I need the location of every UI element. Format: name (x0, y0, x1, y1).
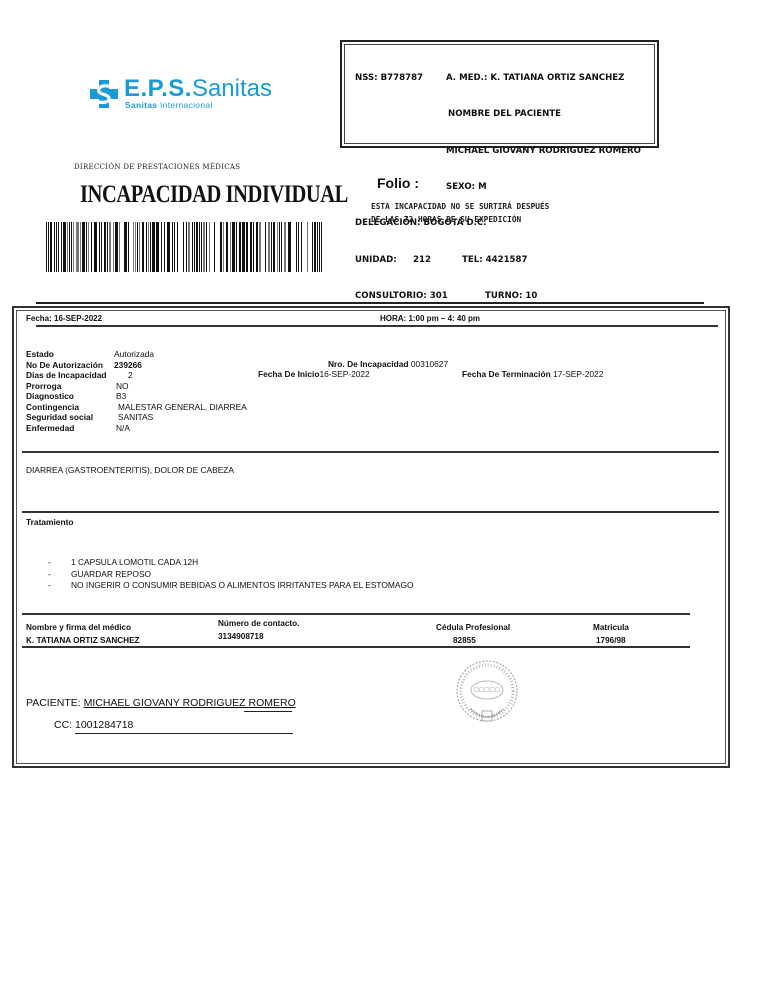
doctor-name: K. TATIANA ORTIZ SANCHEZ (26, 636, 140, 645)
visit-time: HORA: 1:00 pm – 4: 40 pm (380, 314, 480, 323)
matricula-label: Matricula (593, 623, 629, 632)
document-title: INCAPACIDAD INDIVIDUAL (80, 181, 348, 209)
diagnosis-text: DIARREA (GASTROENTERITIS), DOLOR DE CABE… (26, 465, 234, 475)
treatment-label: Tratamiento (26, 517, 73, 527)
unidad-value: 212 (413, 254, 431, 266)
matricula-value: 1796/98 (596, 636, 626, 645)
cedula-label: Cédula Profesional (436, 623, 510, 632)
patient-cc: CC: 1001284718 (54, 719, 133, 731)
turno: TURNO: 10 (485, 290, 537, 302)
direccion-heading: DIRECCIÓN DE PRESTACIONES MÉDICAS (74, 163, 240, 171)
sanitas-cross-icon (90, 80, 118, 108)
contact-label: Número de contacto. (218, 619, 299, 628)
medico: A. MED.: K. TATIANA ORTIZ SANCHEZ (446, 72, 624, 84)
logo-subtitle: Sanitas Internacional (125, 100, 213, 110)
patient-label: NOMBRE DEL PACIENTE (448, 108, 561, 120)
divider (22, 511, 719, 513)
patient-info-box: NSS: B778787A. MED.: K. TATIANA ORTIZ SA… (340, 40, 659, 148)
divider (22, 646, 690, 648)
divider (22, 613, 690, 615)
barcode (46, 222, 324, 272)
doctor-name-label: Nombre y firma del médico (26, 623, 131, 632)
cedula-value: 82855 (453, 636, 476, 645)
signature-line (75, 733, 293, 734)
divider (36, 302, 704, 304)
visit-date: Fecha: 16-SEP-2022 (26, 314, 102, 323)
unidad-label: UNIDAD: (355, 254, 397, 266)
fecha-inicio: Fecha De Inicio16-SEP-2022 (258, 369, 370, 379)
sexo: SEXO: M (446, 181, 487, 193)
divider (36, 325, 718, 327)
signature-line (244, 711, 292, 712)
fecha-terminacion: Fecha De Terminación 17-SEP-2022 (462, 369, 603, 379)
nss: NSS: B778787 (355, 72, 423, 84)
tel: TEL: 4421587 (462, 254, 528, 266)
divider (22, 451, 719, 453)
svg-text:☐☐☐☐☐: ☐☐☐☐☐ (474, 687, 501, 694)
patient-line: PACIENTE: MICHAEL GIOVANY RODRIGUEZ ROME… (26, 697, 296, 709)
patient-name: MICHAEL GIOVANY RODRIGUEZ ROMERO (446, 145, 641, 157)
contact-number: 3134908718 (218, 632, 264, 641)
consultorio: CONSULTORIO: 301 (355, 290, 448, 302)
expiry-warning: ESTA INCAPACIDAD NO SE SURTIRÁ DESPUÉSDE… (371, 200, 549, 226)
folio-label: Folio : (377, 175, 419, 191)
logo-brand: E.P.S.Sanitas (124, 75, 272, 103)
official-seal-icon: ☐☐☐☐☐ (447, 657, 527, 733)
nro-incapacidad: Nro. De Incapacidad 00310627 (328, 359, 448, 369)
